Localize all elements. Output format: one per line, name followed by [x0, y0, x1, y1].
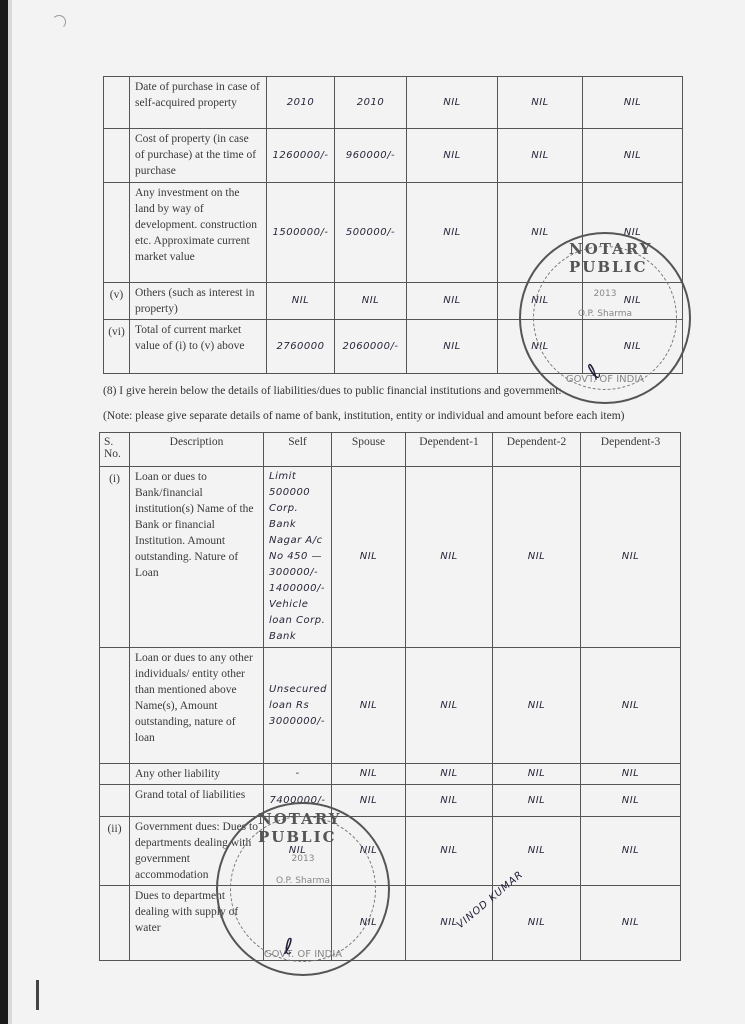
dependent-1-value: NIL	[406, 764, 493, 785]
self-value: Limit 500000 Corp. Bank Nagar A/c No 450…	[264, 467, 332, 648]
table-row: Loan or dues to any other individuals/ e…	[100, 648, 681, 764]
dependent-2-value: NIL	[498, 129, 583, 183]
dependent-1-value: NIL	[407, 320, 498, 374]
dependent-1-value: NIL	[407, 283, 498, 320]
signature-mark: ℓ	[284, 935, 293, 960]
row-description: Grand total of liabilities	[130, 785, 264, 817]
liabilities-table: S. No. Description Self Spouse Dependent…	[99, 432, 681, 961]
row-description: Loan or dues to any other individuals/ e…	[130, 648, 264, 764]
punch-hole-mark	[52, 15, 66, 29]
table-row: (i) Loan or dues to Bank/financial insti…	[100, 467, 681, 648]
self-value: -	[264, 764, 332, 785]
dependent-2-value: NIL	[493, 467, 581, 648]
dependent-2-value: NIL	[498, 77, 583, 129]
row-description: Cost of property (in case of purchase) a…	[130, 129, 267, 183]
stamp-top-text: NOTARY PUBLIC	[569, 240, 689, 276]
dependent-2-value: NIL	[493, 648, 581, 764]
row-description: Loan or dues to Bank/financial instituti…	[130, 467, 264, 648]
dependent-2-value: NIL	[493, 817, 581, 886]
header-dependent-2: Dependent-2	[493, 433, 581, 467]
dependent-3-value: NIL	[583, 129, 683, 183]
table-header-row: S. No. Description Self Spouse Dependent…	[100, 433, 681, 467]
self-value: 1500000/-	[267, 183, 335, 283]
spouse-value: 2010	[335, 77, 407, 129]
scan-edge	[0, 0, 8, 1024]
dependent-3-value: NIL	[581, 886, 681, 961]
header-spouse: Spouse	[332, 433, 406, 467]
self-value: Unsecured loan Rs 3000000/-	[264, 648, 332, 764]
stamp-bottom-text: GOVT. OF INDIA	[218, 949, 388, 960]
self-value: NIL	[267, 283, 335, 320]
table-row: Date of purchase in case of self-acquire…	[104, 77, 683, 129]
dependent-3-value: NIL	[581, 785, 681, 817]
serial-number	[104, 129, 130, 183]
header-self: Self	[264, 433, 332, 467]
dependent-1-value: NIL	[406, 886, 493, 961]
spouse-value: 500000/-	[335, 183, 407, 283]
header-description: Description	[130, 433, 264, 467]
section-8-statement: (8) I give herein below the details of l…	[103, 385, 562, 397]
serial-number	[100, 648, 130, 764]
serial-number: (i)	[100, 467, 130, 648]
dependent-3-value: NIL	[581, 817, 681, 886]
self-value: 2760000	[267, 320, 335, 374]
section-8-note: (Note: please give separate details of n…	[103, 410, 625, 422]
spouse-value: NIL	[332, 648, 406, 764]
serial-number	[100, 886, 130, 961]
table-row: Any other liability - NIL NIL NIL NIL	[100, 764, 681, 785]
header-sn: S. No.	[100, 433, 130, 467]
dependent-1-value: NIL	[406, 785, 493, 817]
spouse-value: 2060000/-	[335, 320, 407, 374]
dependent-1-value: NIL	[406, 467, 493, 648]
dependent-3-value: NIL	[581, 467, 681, 648]
table-row: Dues to department dealing with supply o…	[100, 886, 681, 961]
spouse-value: NIL	[332, 467, 406, 648]
row-description: Any other liability	[130, 764, 264, 785]
serial-number	[104, 77, 130, 129]
row-description: Total of current market value of (i) to …	[130, 320, 267, 374]
dependent-1-value: NIL	[406, 648, 493, 764]
dependent-1-value: NIL	[407, 129, 498, 183]
table-row: Grand total of liabilities 7400000/- NIL…	[100, 785, 681, 817]
self-value: 2010	[267, 77, 335, 129]
serial-number: (v)	[104, 283, 130, 320]
stamp-name: O.P. Sharma	[218, 876, 388, 886]
row-description: Others (such as interest in property)	[130, 283, 267, 320]
row-description: Date of purchase in case of self-acquire…	[130, 77, 267, 129]
stamp-top-text: NOTARY PUBLIC	[258, 810, 388, 846]
stamp-name: O.P. Sharma	[521, 309, 689, 319]
stamp-year: 2013	[218, 854, 388, 864]
serial-number: (vi)	[104, 320, 130, 374]
dependent-3-value: NIL	[583, 77, 683, 129]
notary-stamp: NOTARY PUBLIC 2013 O.P. Sharma GOVT. OF …	[216, 802, 390, 976]
dependent-1-value: NIL	[407, 77, 498, 129]
dependent-2-value: NIL	[493, 886, 581, 961]
spouse-value: NIL	[332, 764, 406, 785]
row-description: Any investment on the land by way of dev…	[130, 183, 267, 283]
table-row: (ii) Government dues: Dues to department…	[100, 817, 681, 886]
table-row: Cost of property (in case of purchase) a…	[104, 129, 683, 183]
dependent-1-value: NIL	[406, 817, 493, 886]
spouse-value: NIL	[335, 283, 407, 320]
dependent-2-value: NIL	[493, 785, 581, 817]
dependent-3-value: NIL	[581, 764, 681, 785]
serial-number: (ii)	[100, 817, 130, 886]
stamp-year: 2013	[521, 289, 689, 299]
scan-mark	[36, 980, 39, 1010]
header-dependent-1: Dependent-1	[406, 433, 493, 467]
self-value: 1260000/-	[267, 129, 335, 183]
serial-number	[104, 183, 130, 283]
dependent-2-value: NIL	[493, 764, 581, 785]
serial-number	[100, 764, 130, 785]
spouse-value: 960000/-	[335, 129, 407, 183]
dependent-3-value: NIL	[581, 648, 681, 764]
header-dependent-3: Dependent-3	[581, 433, 681, 467]
dependent-1-value: NIL	[407, 183, 498, 283]
serial-number	[100, 785, 130, 817]
